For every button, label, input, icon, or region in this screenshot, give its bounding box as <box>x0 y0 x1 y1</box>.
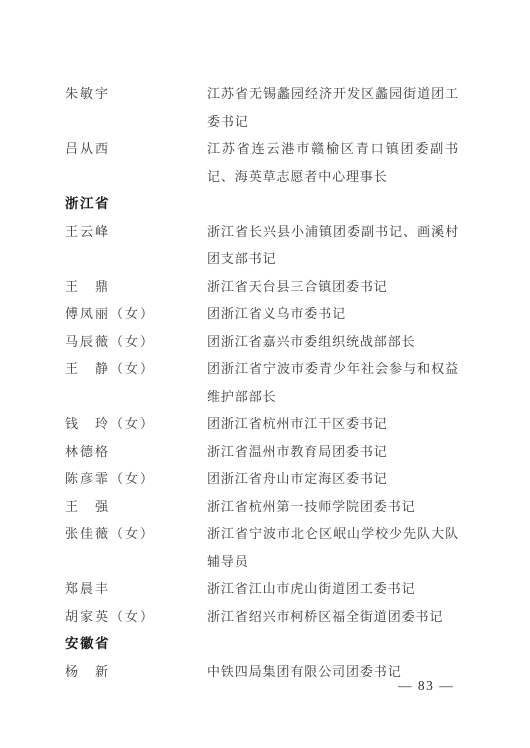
list-item: 王 强 浙江省杭州第一技师学院团委书记 <box>65 493 461 521</box>
person-name: 王 强 <box>65 493 207 521</box>
person-title: 浙江省温州市教育局团委书记 <box>207 438 459 466</box>
page-number: — 83 — <box>398 677 454 695</box>
person-title: 浙江省宁波市北仑区岷山学校少先队大队辅导员 <box>207 520 459 575</box>
person-title: 浙江省江山市虎山街道团工委书记 <box>207 575 459 603</box>
list-item: 朱敏宇 江苏省无锡蠡园经济开发区蠡园街道团工委书记 <box>65 80 461 135</box>
person-name: 林德格 <box>65 438 207 466</box>
person-name: 郑晨丰 <box>65 575 207 603</box>
person-title: 团浙江省宁波市委青少年社会参与和权益维护部部长 <box>207 355 459 410</box>
person-name: 傅凤丽（女） <box>65 300 207 328</box>
person-title: 团浙江省杭州市江干区委书记 <box>207 410 459 438</box>
person-name: 王 鼎 <box>65 273 207 301</box>
person-name: 马辰薇（女） <box>65 328 207 356</box>
person-name: 王 静（女） <box>65 355 207 383</box>
list-item: 钱 玲（女） 团浙江省杭州市江干区委书记 <box>65 410 461 438</box>
list-item: 林德格 浙江省温州市教育局团委书记 <box>65 438 461 466</box>
list-item: 郑晨丰 浙江省江山市虎山街道团工委书记 <box>65 575 461 603</box>
person-title: 团浙江省嘉兴市委组织统战部部长 <box>207 328 459 356</box>
section-heading-anhui: 安徽省 <box>65 630 461 658</box>
person-title: 团浙江省义乌市委书记 <box>207 300 459 328</box>
person-title: 团浙江省舟山市定海区委书记 <box>207 465 459 493</box>
list-item: 张佳薇（女） 浙江省宁波市北仑区岷山学校少先队大队辅导员 <box>65 520 461 575</box>
person-name: 杨 新 <box>65 658 207 686</box>
person-name: 陈彦霏（女） <box>65 465 207 493</box>
person-name: 吕从西 <box>65 135 207 163</box>
person-name: 胡家英（女） <box>65 603 207 631</box>
list-item: 王 静（女） 团浙江省宁波市委青少年社会参与和权益维护部部长 <box>65 355 461 410</box>
list-item: 吕从西 江苏省连云港市赣榆区青口镇团委副书记、海英草志愿者中心理事长 <box>65 135 461 190</box>
person-name: 钱 玲（女） <box>65 410 207 438</box>
list-item: 陈彦霏（女） 团浙江省舟山市定海区委书记 <box>65 465 461 493</box>
person-title: 浙江省天台县三合镇团委书记 <box>207 273 459 301</box>
list-item: 胡家英（女） 浙江省绍兴市柯桥区福全街道团委书记 <box>65 603 461 631</box>
commendation-list: 朱敏宇 江苏省无锡蠡园经济开发区蠡园街道团工委书记 吕从西 江苏省连云港市赣榆区… <box>65 80 461 685</box>
person-title: 浙江省杭州第一技师学院团委书记 <box>207 493 459 521</box>
person-title: 江苏省连云港市赣榆区青口镇团委副书记、海英草志愿者中心理事长 <box>207 135 459 190</box>
person-title: 江苏省无锡蠡园经济开发区蠡园街道团工委书记 <box>207 80 459 135</box>
section-heading-zhejiang: 浙江省 <box>65 190 461 218</box>
list-item: 马辰薇（女） 团浙江省嘉兴市委组织统战部部长 <box>65 328 461 356</box>
list-item: 傅凤丽（女） 团浙江省义乌市委书记 <box>65 300 461 328</box>
list-item: 王 鼎 浙江省天台县三合镇团委书记 <box>65 273 461 301</box>
person-title: 浙江省长兴县小浦镇团委副书记、画溪村团支部书记 <box>207 218 459 273</box>
person-name: 张佳薇（女） <box>65 520 207 548</box>
document-page: 朱敏宇 江苏省无锡蠡园经济开发区蠡园街道团工委书记 吕从西 江苏省连云港市赣榆区… <box>0 0 530 748</box>
person-name: 王云峰 <box>65 218 207 246</box>
list-item: 王云峰 浙江省长兴县小浦镇团委副书记、画溪村团支部书记 <box>65 218 461 273</box>
person-title: 浙江省绍兴市柯桥区福全街道团委书记 <box>207 603 459 631</box>
person-name: 朱敏宇 <box>65 80 207 108</box>
